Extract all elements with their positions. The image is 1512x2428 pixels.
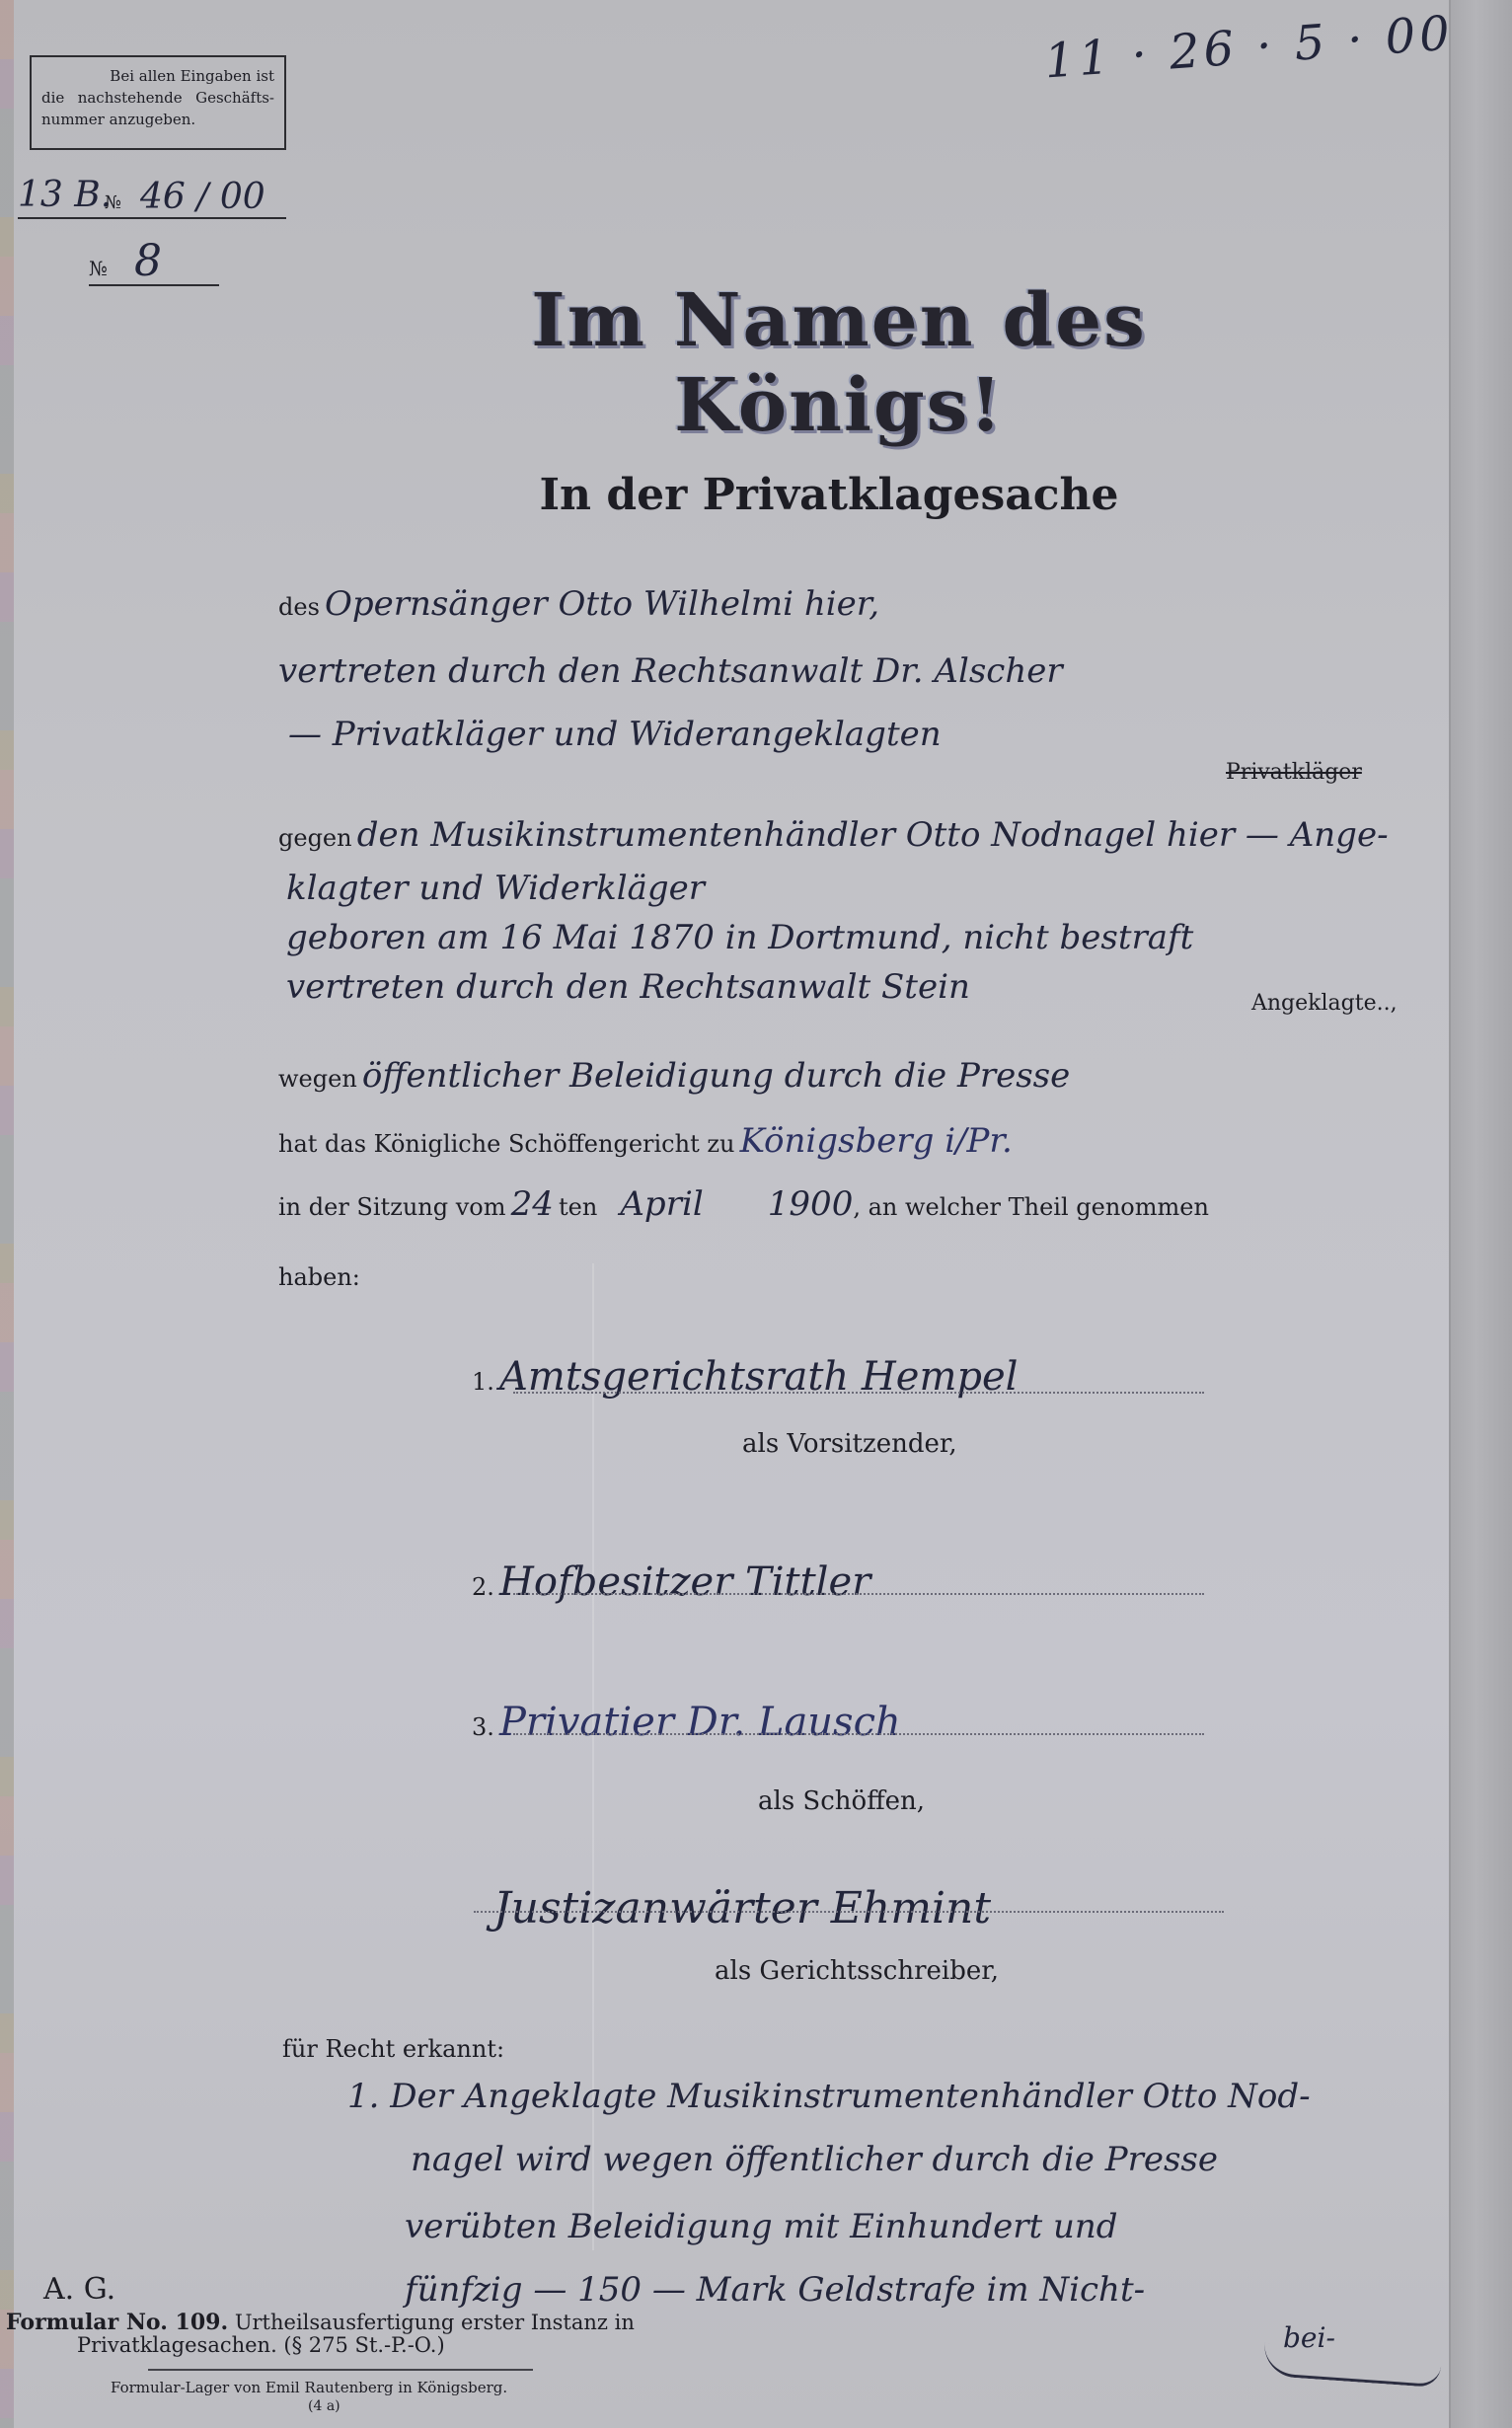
sub-number-value: 8: [134, 236, 162, 286]
participant-1-role: als Vorsitzender,: [742, 1429, 957, 1459]
verdict-line-4: fünfzig — 150 — Mark Geldstrafe im Nicht…: [405, 2270, 1145, 2310]
defendant-line-2: klagter und Widerkläger: [286, 869, 705, 908]
footer-ag: A. G.: [43, 2272, 115, 2307]
participant-name: Privatier Dr. Lausch: [499, 1700, 901, 1745]
plaintiff-line-2: vertreten durch den Rechtsanwalt Dr. Als…: [278, 651, 1063, 691]
verdict-line-1: 1. Der Angeklagte Musikinstrumentenhändl…: [347, 2077, 1311, 2116]
document-title: Im Namen des Königs!: [365, 278, 1313, 448]
participant-1-dotline: [513, 1392, 1204, 1394]
defendant-line-3: geboren am 16 Mai 1870 in Dortmund, nich…: [286, 918, 1193, 957]
session-suffix: , an welcher Theil genommen: [853, 1193, 1209, 1221]
participant-2: 2. Hofbesitzer Tittler: [472, 1559, 870, 1605]
court-line: hat das Königliche Schöffengericht zu Kö…: [278, 1121, 1013, 1161]
form-number: Formular No. 109.: [6, 2310, 228, 2335]
notice-box: Bei allen Eingaben ist die nachstehende …: [30, 55, 286, 150]
verdict-line-2: nagel wird wegen öffentlicher durch die …: [411, 2140, 1218, 2179]
session-line-2: haben:: [278, 1263, 360, 1291]
court-prefix: hat das Königliche Schöffengericht zu: [278, 1130, 734, 1158]
footer-code: (4 a): [308, 2398, 340, 2414]
footer-divider: [148, 2369, 533, 2371]
session-year: 1900: [768, 1184, 854, 1224]
footer-form-line-1: Formular No. 109. Urtheilsausfertigung e…: [6, 2310, 635, 2335]
number-sign: №: [89, 257, 108, 280]
form-description: Urtheilsausfertigung erster Instanz in: [235, 2311, 635, 2334]
footer-printer: Formular-Lager von Emil Rautenberg in Kö…: [111, 2379, 507, 2396]
left-paper-edge: [0, 0, 14, 2428]
plaintiff-text: Opernsänger Otto Wilhelmi hier,: [325, 584, 879, 624]
notice-line-1: Bei allen Eingaben ist: [41, 65, 274, 87]
defendant-text: den Musikinstrumentenhändler Otto Nodnag…: [357, 815, 1389, 855]
number-sign: №: [105, 192, 121, 213]
participant-3-role: als Schöffen,: [758, 1786, 925, 1816]
charge-text: öffentlicher Beleidigung durch die Press…: [362, 1056, 1070, 1096]
session-day-suffix: ten: [559, 1193, 597, 1221]
participant-2-dotline: [513, 1593, 1204, 1595]
participant-3: 3. Privatier Dr. Lausch: [472, 1700, 901, 1745]
participant-name: Hofbesitzer Tittler: [499, 1559, 870, 1605]
verdict-line-3: verübten Beleidigung mit Einhundert und: [405, 2207, 1118, 2246]
sub-number: № 8: [89, 235, 219, 286]
session-day: 24: [511, 1184, 554, 1224]
notice-line-2: die nachstehende Geschäfts-: [41, 87, 274, 109]
session-month: April: [620, 1184, 703, 1224]
notice-line-3: nummer anzugeben.: [41, 109, 274, 130]
participant-3-dotline: [513, 1733, 1204, 1735]
footer-form-line-2: Privatklagesachen. (§ 275 St.-P.-O.): [77, 2333, 445, 2357]
clerk-role: als Gerichtsschreiber,: [715, 1956, 999, 1986]
charge-prefix: wegen: [278, 1065, 357, 1093]
plaintiff-role-struck: Privatkläger: [1226, 760, 1362, 785]
reference-prefix: 13 B.: [18, 175, 112, 215]
clerk-dotline: [474, 1911, 1224, 1913]
defendant-line-1: gegen den Musikinstrumentenhändler Otto …: [278, 815, 1389, 855]
reference-number: 13 B. № 46 / 00: [18, 166, 286, 219]
charge-line: wegen öffentlicher Beleidigung durch die…: [278, 1056, 1070, 1096]
participant-number: 2.: [472, 1573, 494, 1601]
participant-number: 3.: [472, 1713, 494, 1741]
defendant-prefix: gegen: [278, 824, 352, 852]
participant-number: 1.: [472, 1368, 494, 1396]
plaintiff-line-1: des Opernsänger Otto Wilhelmi hier,: [278, 584, 879, 624]
defendant-line-4: vertreten durch den Rechtsanwalt Stein: [286, 967, 970, 1007]
session-line: in der Sitzung vom 24 ten April 1900, an…: [278, 1184, 1209, 1224]
document-subtitle: In der Privatklagesache: [345, 470, 1313, 520]
clerk-name: Justizanwärter Ehmint: [493, 1883, 991, 1934]
defendant-role: Angeklagte..,: [1251, 991, 1398, 1016]
session-prefix: in der Sitzung vom: [278, 1193, 506, 1221]
plaintiff-line-3: — Privatkläger und Widerangeklagten: [288, 715, 942, 754]
court-location: Königsberg i/Pr.: [740, 1121, 1013, 1161]
plaintiff-prefix: des: [278, 593, 320, 621]
right-paper-edge: [1449, 0, 1512, 2428]
verdict-heading: für Recht erkannt:: [282, 2035, 504, 2063]
reference-value: 46 / 00: [140, 177, 265, 217]
